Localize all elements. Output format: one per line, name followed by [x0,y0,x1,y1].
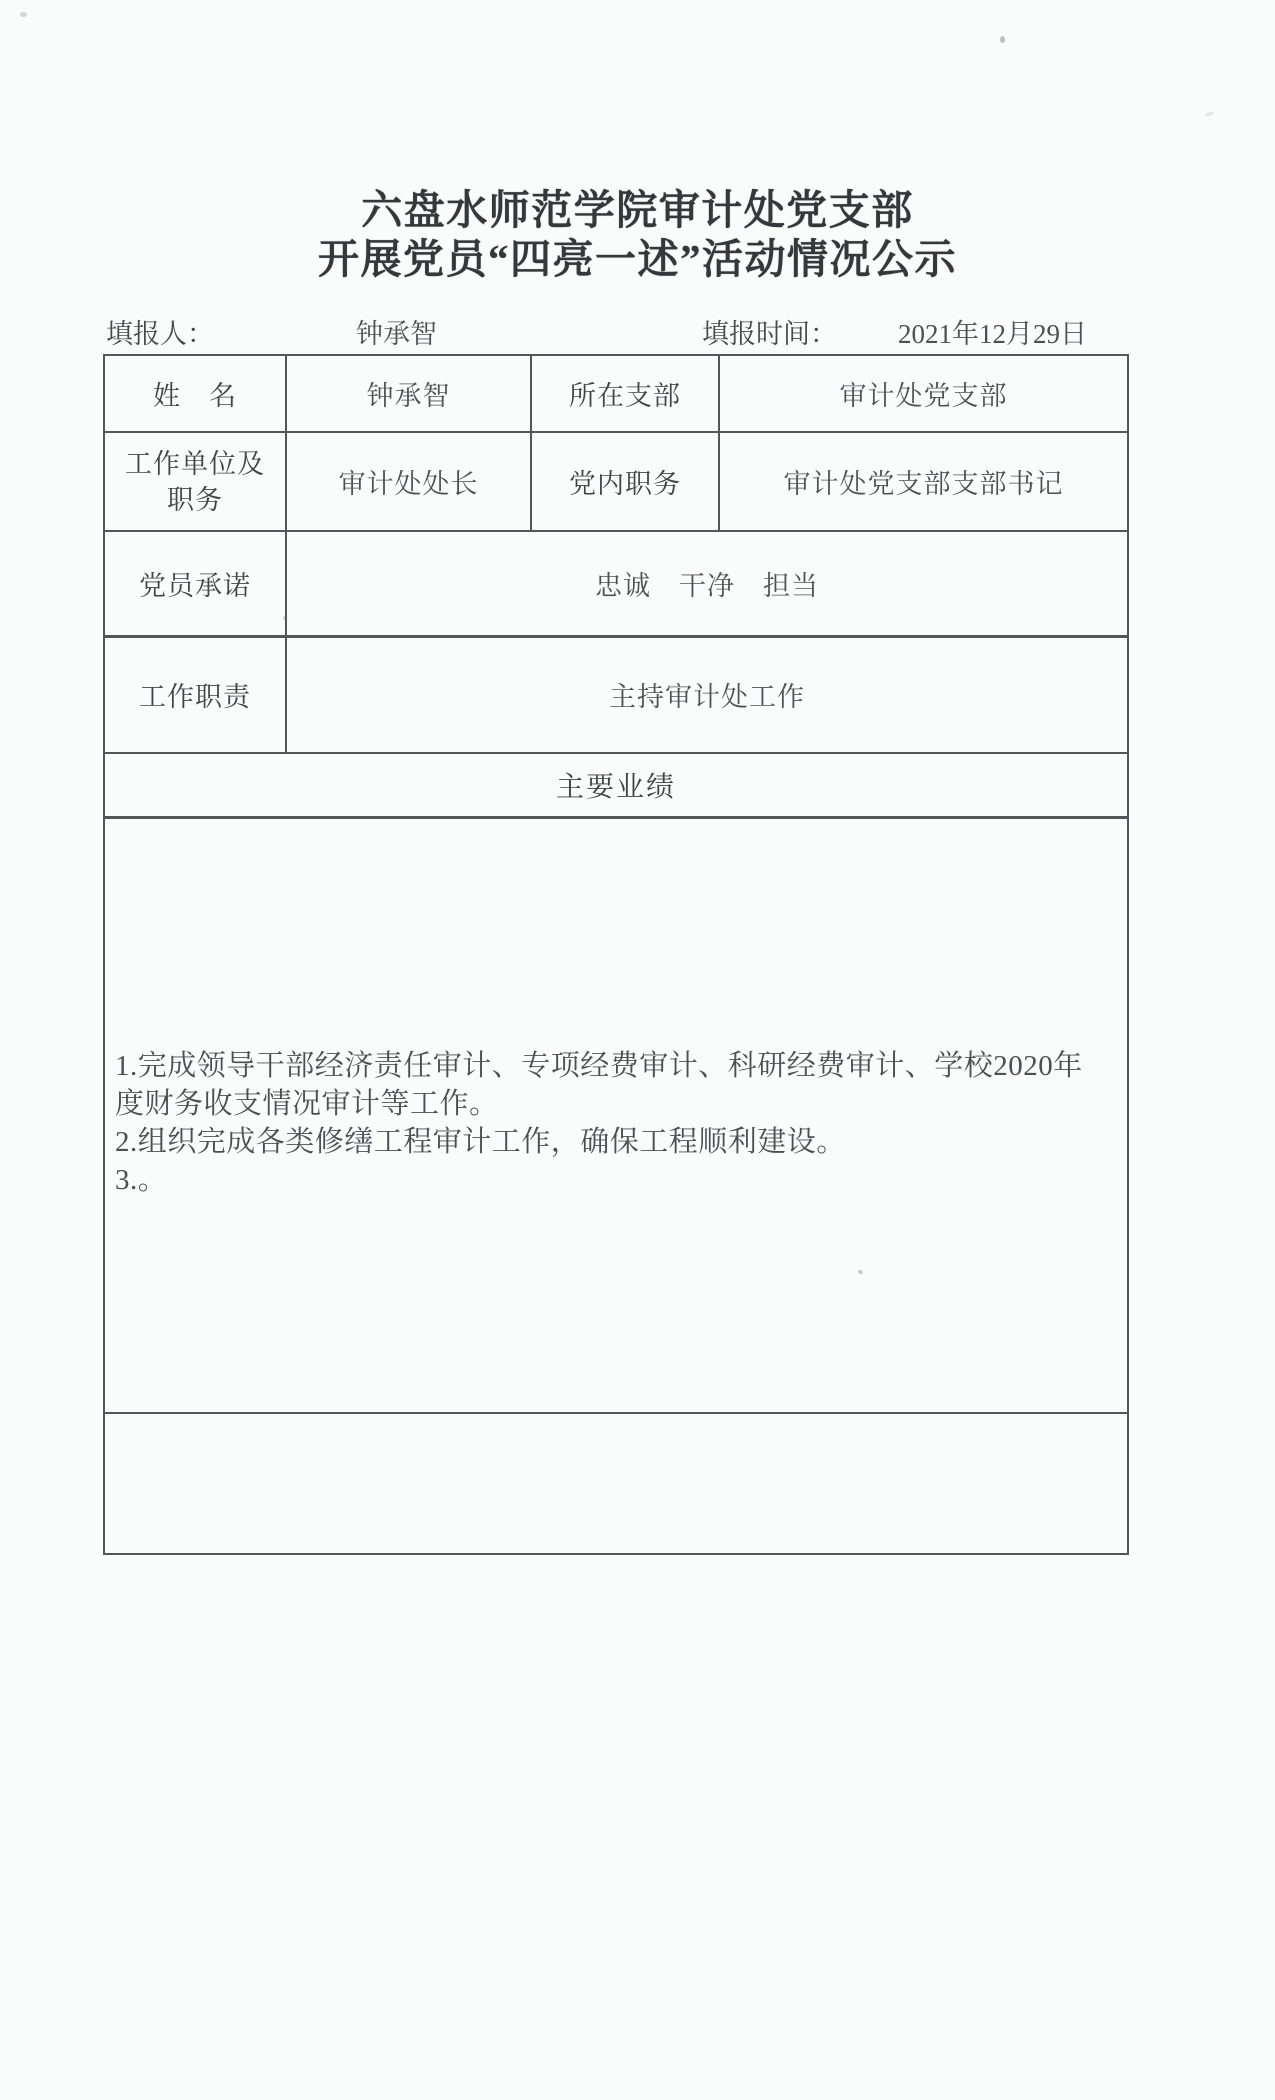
duty-value-cell: 主持审计处工作 [286,636,1128,753]
achievement-line: 度财务收支情况审计等工作。 [115,1085,1121,1123]
filler-value: 钟承智 [356,312,437,351]
form-table: 姓 名 钟承智 所在支部 审计处党支部 工作单位及职务 审计处处长 党内职务 审… [103,354,1129,1555]
form-title: 六盘水师范学院审计处党支部 开展党员“四亮一述”活动情况公示 [0,186,1275,284]
filler-label: 填报人： [106,312,214,351]
table-row [104,1413,1128,1554]
achievement-line: 2.组织完成各类修缮工程审计工作，确保工程顺利建设。 [115,1123,1121,1161]
scan-speck [20,12,27,17]
form-title-line1: 六盘水师范学院审计处党支部 [0,186,1275,235]
table-row: 党员承诺 忠诚 干净 担当 [104,531,1128,636]
scanned-form-page: 六盘水师范学院审计处党支部 开展党员“四亮一述”活动情况公示 填报人： 钟承智 … [0,0,1275,2100]
report-date-label: 填报时间： [702,312,837,351]
name-label-cell: 姓 名 [104,355,286,432]
unit-label-text: 工作单位及职务 [124,446,266,518]
table-row: 工作职责 主持审计处工作 [104,636,1128,753]
report-date-value: 2021年12月29日 [898,312,1087,351]
duty-label-cell: 工作职责 [104,636,286,753]
unit-value-cell: 审计处处长 [286,432,531,531]
table-row: 姓 名 钟承智 所在支部 审计处党支部 [104,355,1128,432]
achievement-line: 3.。 [115,1161,1121,1199]
party-post-label-cell: 党内职务 [531,432,719,531]
pledge-label-cell: 党员承诺 [104,531,286,636]
achievement-line: 1.完成领导干部经济责任审计、专项经费审计、科研经费审计、学校2020年 [115,1047,1121,1085]
scan-speck [1205,111,1215,118]
meta-row: 填报人： 钟承智 填报时间： 2021年12月29日 [0,312,1275,352]
pledge-value-cell: 忠诚 干净 担当 [286,531,1128,636]
scan-speck [1000,36,1005,43]
table-row: 工作单位及职务 审计处处长 党内职务 审计处党支部支部书记 [104,432,1128,531]
table-row: 主要业绩 [104,753,1128,817]
branch-value-cell: 审计处党支部 [719,355,1128,432]
form-title-line2: 开展党员“四亮一述”活动情况公示 [0,235,1275,284]
table-row: 1.完成领导干部经济责任审计、专项经费审计、科研经费审计、学校2020年 度财务… [104,817,1128,1413]
achievements-content-cell: 1.完成领导干部经济责任审计、专项经费审计、科研经费审计、学校2020年 度财务… [104,817,1128,1413]
branch-label-cell: 所在支部 [531,355,719,432]
empty-row-cell [104,1413,1128,1554]
name-value-cell: 钟承智 [286,355,531,432]
achievements-header-cell: 主要业绩 [104,753,1128,817]
unit-label-cell: 工作单位及职务 [104,432,286,531]
party-post-value-cell: 审计处党支部支部书记 [719,432,1128,531]
